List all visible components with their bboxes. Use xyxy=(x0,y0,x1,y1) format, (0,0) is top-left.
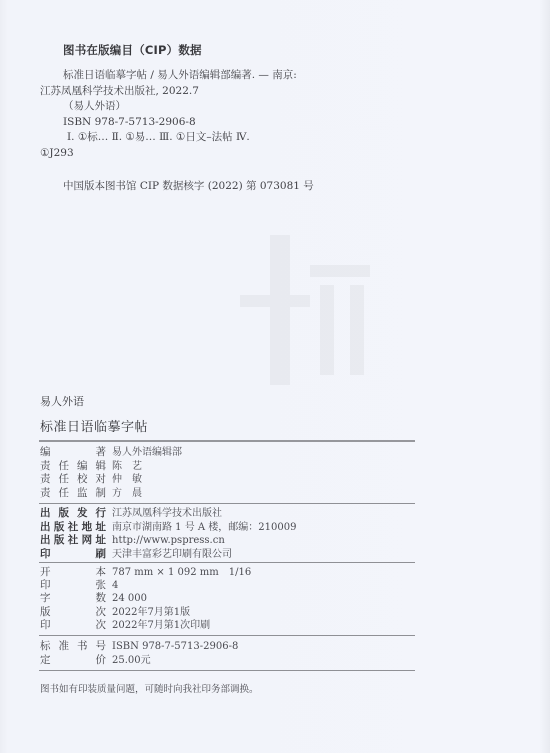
cip-heading: 图书在版编目（CIP）数据 xyxy=(63,42,202,58)
field-label-char: 书 xyxy=(77,640,88,654)
copyright-page: 图书在版编目（CIP）数据 标准日语临摹字帖 / 易人外语编辑部编著. — 南京… xyxy=(0,0,550,753)
field-label-char: 址 xyxy=(96,534,107,548)
credits-group: 编著易人外语编辑部责任编辑陈 艺责任校对仲 敏责任监制方 晨 xyxy=(40,446,182,500)
field-label-char: 版 xyxy=(54,534,65,548)
field-label: 印张 xyxy=(40,579,106,592)
series-name: 易人外语 xyxy=(40,393,84,409)
field-label-char: 价 xyxy=(96,654,107,668)
field-label: 责任监制 xyxy=(40,487,106,501)
field-label-char: 字 xyxy=(40,592,51,605)
colophon-row: 责任监制方 晨 xyxy=(40,487,182,501)
field-label: 定价 xyxy=(40,654,106,668)
colophon-row: 编著易人外语编辑部 xyxy=(40,446,182,460)
field-label-char: 出 xyxy=(40,534,51,548)
field-label: 印刷 xyxy=(40,548,106,562)
field-label-char: 社 xyxy=(68,534,79,548)
cip-line-isbn: ISBN 978-7-5713-2906-8 xyxy=(40,115,350,131)
cip-line-series: （易人外语） xyxy=(40,99,350,115)
colophon-row: 出版社网址http://www.pspress.cn xyxy=(40,534,296,548)
field-label: 责任校对 xyxy=(40,473,106,487)
field-label-char: 本 xyxy=(96,566,107,579)
cip-record: 标准日语临摹字帖 / 易人外语编辑部编著. — 南京: 江苏凤凰科学技术出版社,… xyxy=(40,68,350,162)
field-label: 字数 xyxy=(40,592,106,605)
field-value: 方 晨 xyxy=(106,487,142,501)
field-value: 24 000 xyxy=(106,592,147,605)
colophon-row: 标准书号ISBN 978-7-5713-2906-8 xyxy=(40,640,238,654)
field-label-char: 出 xyxy=(40,507,51,521)
colophon-row: 定价25.00元 xyxy=(40,654,238,668)
field-label: 出版社网址 xyxy=(40,534,106,548)
field-value: 易人外语编辑部 xyxy=(106,446,182,460)
cip-line-publisher: 江苏凤凰科学技术出版社, 2022.7 xyxy=(40,84,350,100)
field-label-char: 开 xyxy=(40,566,51,579)
field-label-char: 编 xyxy=(77,460,88,474)
field-label-char: 责 xyxy=(40,460,51,474)
field-label-char: 版 xyxy=(40,606,51,619)
field-label-char: 定 xyxy=(40,654,51,668)
field-label-char: 址 xyxy=(96,521,107,535)
book-title: 标准日语临摹字帖 xyxy=(40,416,148,435)
field-label-char: 次 xyxy=(96,606,107,619)
cip-line-title: 标准日语临摹字帖 / 易人外语编辑部编著. — 南京: xyxy=(40,68,350,84)
field-label-char: 准 xyxy=(59,640,70,654)
field-label-char: 次 xyxy=(96,619,107,632)
colophon-row: 开本787 mm × 1 092 mm 1/16 xyxy=(40,566,251,579)
field-value: 2022年7月第1版 xyxy=(106,606,190,619)
colophon-row: 印张4 xyxy=(40,579,251,592)
colophon-row: 出版发行江苏凤凰科学技术出版社 xyxy=(40,507,296,521)
field-label: 印次 xyxy=(40,619,106,632)
field-label: 版次 xyxy=(40,606,106,619)
field-label-char: 责 xyxy=(40,473,51,487)
specs-group: 开本787 mm × 1 092 mm 1/16印张4字数24 000版次202… xyxy=(40,566,251,632)
divider xyxy=(39,440,415,442)
field-label-char: 版 xyxy=(54,521,65,535)
field-label-char: 责 xyxy=(40,487,51,501)
field-value: 4 xyxy=(106,579,118,592)
field-label-char: 数 xyxy=(96,592,107,605)
field-label: 标准书号 xyxy=(40,640,106,654)
field-label: 开本 xyxy=(40,566,106,579)
field-label-char: 辑 xyxy=(96,460,107,474)
field-value: 天津丰富彩艺印刷有限公司 xyxy=(106,548,232,562)
colophon-row: 责任编辑陈 艺 xyxy=(40,460,182,474)
field-label: 编著 xyxy=(40,446,106,460)
field-label-char: 版 xyxy=(59,507,70,521)
field-label-char: 著 xyxy=(96,446,107,460)
colophon-row: 印刷天津丰富彩艺印刷有限公司 xyxy=(40,548,296,562)
field-label-char: 出 xyxy=(40,521,51,535)
field-value: 江苏凤凰科学技术出版社 xyxy=(106,507,222,521)
colophon-row: 出版社地址南京市湖南路 1 号 A 楼，邮编：210009 xyxy=(40,521,296,535)
divider xyxy=(39,635,415,636)
field-label: 责任编辑 xyxy=(40,460,106,474)
field-label-char: 印 xyxy=(40,579,51,592)
cip-record-number: 中国版本图书馆 CIP 数据核字 (2022) 第 073081 号 xyxy=(63,178,314,193)
quality-notice: 图书如有印装质量问题，可随时向我社印务部调换。 xyxy=(40,681,259,695)
field-value: 25.00元 xyxy=(106,654,151,668)
field-label-char: 号 xyxy=(96,640,107,654)
field-label: 出版发行 xyxy=(40,507,106,521)
show-through-watermark xyxy=(230,225,410,395)
field-label-char: 社 xyxy=(68,521,79,535)
cip-line-classification: Ⅰ. ①标… Ⅱ. ①易… Ⅲ. ①日文–法帖 Ⅳ. xyxy=(40,130,350,146)
field-label-char: 张 xyxy=(96,579,107,592)
identity-group: 标准书号ISBN 978-7-5713-2906-8定价25.00元 xyxy=(40,640,238,667)
field-label: 出版社地址 xyxy=(40,521,106,535)
field-value: 787 mm × 1 092 mm 1/16 xyxy=(106,566,251,579)
field-label-char: 网 xyxy=(82,534,93,548)
field-value: 2022年7月第1次印刷 xyxy=(106,619,210,632)
colophon-row: 字数24 000 xyxy=(40,592,251,605)
field-label-char: 印 xyxy=(40,619,51,632)
divider xyxy=(39,670,415,671)
field-label-char: 标 xyxy=(40,640,51,654)
field-value: 南京市湖南路 1 号 A 楼，邮编：210009 xyxy=(106,521,296,535)
field-label-char: 制 xyxy=(96,487,107,501)
publisher-group: 出版发行江苏凤凰科学技术出版社出版社地址南京市湖南路 1 号 A 楼，邮编：21… xyxy=(40,507,296,561)
field-label-char: 任 xyxy=(59,487,70,501)
field-label-char: 编 xyxy=(40,446,51,460)
field-label-char: 刷 xyxy=(96,548,107,562)
field-label-char: 发 xyxy=(77,507,88,521)
field-value: http://www.pspress.cn xyxy=(106,534,225,548)
field-label-char: 行 xyxy=(96,507,107,521)
field-label-char: 任 xyxy=(59,473,70,487)
field-label-char: 任 xyxy=(59,460,70,474)
field-label-char: 对 xyxy=(96,473,107,487)
field-label-char: 印 xyxy=(40,548,51,562)
colophon-row: 版次2022年7月第1版 xyxy=(40,606,251,619)
cip-line-class-code: ①J293 xyxy=(40,146,350,162)
field-label-char: 地 xyxy=(82,521,93,535)
field-label-char: 监 xyxy=(77,487,88,501)
divider xyxy=(39,503,415,504)
divider xyxy=(39,562,415,563)
field-value: 仲 敏 xyxy=(106,473,142,487)
colophon-row: 印次2022年7月第1次印刷 xyxy=(40,619,251,632)
field-value: ISBN 978-7-5713-2906-8 xyxy=(106,640,238,654)
field-value: 陈 艺 xyxy=(106,460,142,474)
field-label-char: 校 xyxy=(77,473,88,487)
colophon-row: 责任校对仲 敏 xyxy=(40,473,182,487)
